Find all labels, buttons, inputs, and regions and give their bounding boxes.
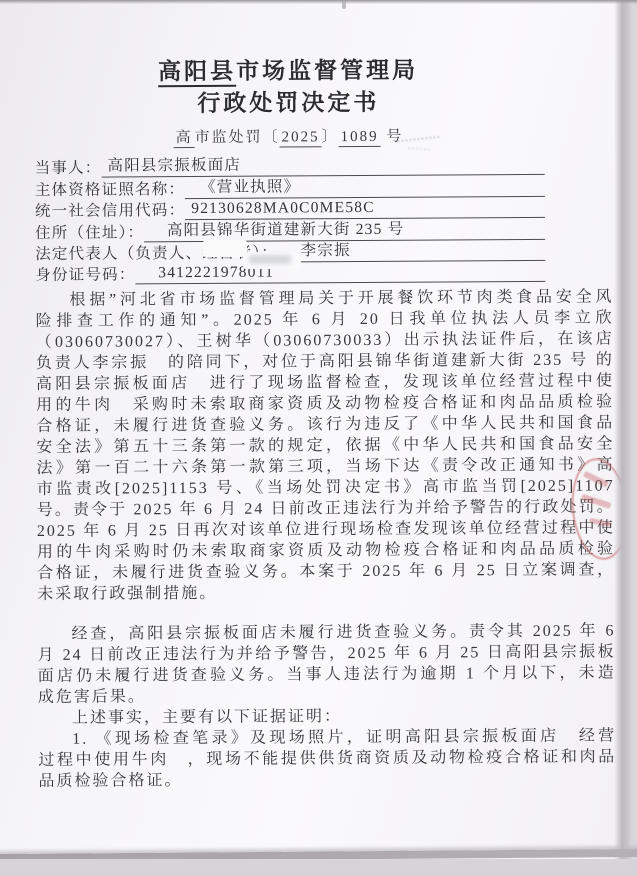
doc-number: 高市监处罚〔2025〕1089 号: [34, 124, 542, 148]
field-label: 身份证号码：: [35, 263, 135, 286]
text-line: 品质检验合格证。: [38, 768, 616, 793]
paragraph: 经查，高阳县宗振板面店未履行进货查验义务。责令其 2025 年 6月 24 日前…: [37, 621, 616, 709]
text-line: 面店仍未履行进货查验义务。当事人违法行为逾期 1 个月以下，未造: [38, 663, 616, 688]
field-label: 主体资格证照名称：: [35, 177, 185, 200]
seal-mark: [589, 518, 612, 527]
bottom-scan-background: [0, 859, 637, 876]
seal-mark: [581, 494, 611, 509]
paragraph: 1. 《现场检查笔录》及现场照片，证明高阳县宗振板面店 经营过程中使用牛肉 ，现…: [38, 726, 616, 793]
redaction-patch-id: [243, 252, 301, 269]
top-scan-edge: [0, 0, 637, 4]
doc-number-serial: 1089: [339, 129, 381, 147]
top-scan-mark: [342, 0, 346, 9]
doc-number-year: 2025: [280, 129, 322, 147]
agency-name-rest: 市场监督管理局: [236, 58, 418, 84]
agency-name: 高阳县市场监督管理局: [34, 55, 542, 88]
doc-header: 高阳县市场监督管理局 行政处罚决定书 高市监处罚〔2025〕1089 号: [34, 55, 543, 148]
doc-title: 行政处罚决定书: [34, 87, 542, 120]
pencil-scribble-small: [408, 147, 431, 157]
redaction-smudge: [249, 255, 291, 264]
field-label: 当事人：: [35, 156, 102, 178]
paragraph: 根据”河北省市场监督管理局关于开展餐饮环节肉类食品安全风险排查工作的通知”。20…: [35, 287, 615, 606]
field-value: 《营业执照》: [185, 173, 545, 199]
field-label: 住所（住址）：: [35, 220, 144, 243]
text-line: 过程中使用牛肉 ，现场不能提供供货商资质及动物检疫合格证和肉品: [38, 747, 616, 772]
field-row: 主体资格证照名称： 《营业执照》: [35, 175, 545, 200]
redaction-patch-name: [203, 240, 247, 257]
text-line: 合格证，未履行进货查验义务。本案于 2025 年 6 月 25 日立案调查，: [37, 560, 615, 585]
document: 高阳县市场监督管理局 行政处罚决定书 高市监处罚〔2025〕1089 号 当事人…: [34, 54, 616, 792]
body-section: 根据”河北省市场监督管理局关于开展餐饮环节肉类食品安全风险排查工作的通知”。20…: [35, 287, 616, 793]
text-line: 未采取行政强制措施。: [37, 581, 615, 606]
scanned-page: 高阳县市场监督管理局 行政处罚决定书 高市监处罚〔2025〕1089 号 当事人…: [0, 0, 637, 876]
doc-number-bracket: 〕: [322, 129, 339, 145]
right-page-edge: [614, 0, 637, 876]
doc-number-mid: 市监处罚〔: [195, 130, 280, 147]
doc-number-prefix: 高: [174, 130, 195, 148]
agency-name-underlined: 高阳县: [158, 59, 236, 87]
seal-mark: [583, 471, 609, 488]
field-value: 3412221978011: [135, 258, 545, 285]
